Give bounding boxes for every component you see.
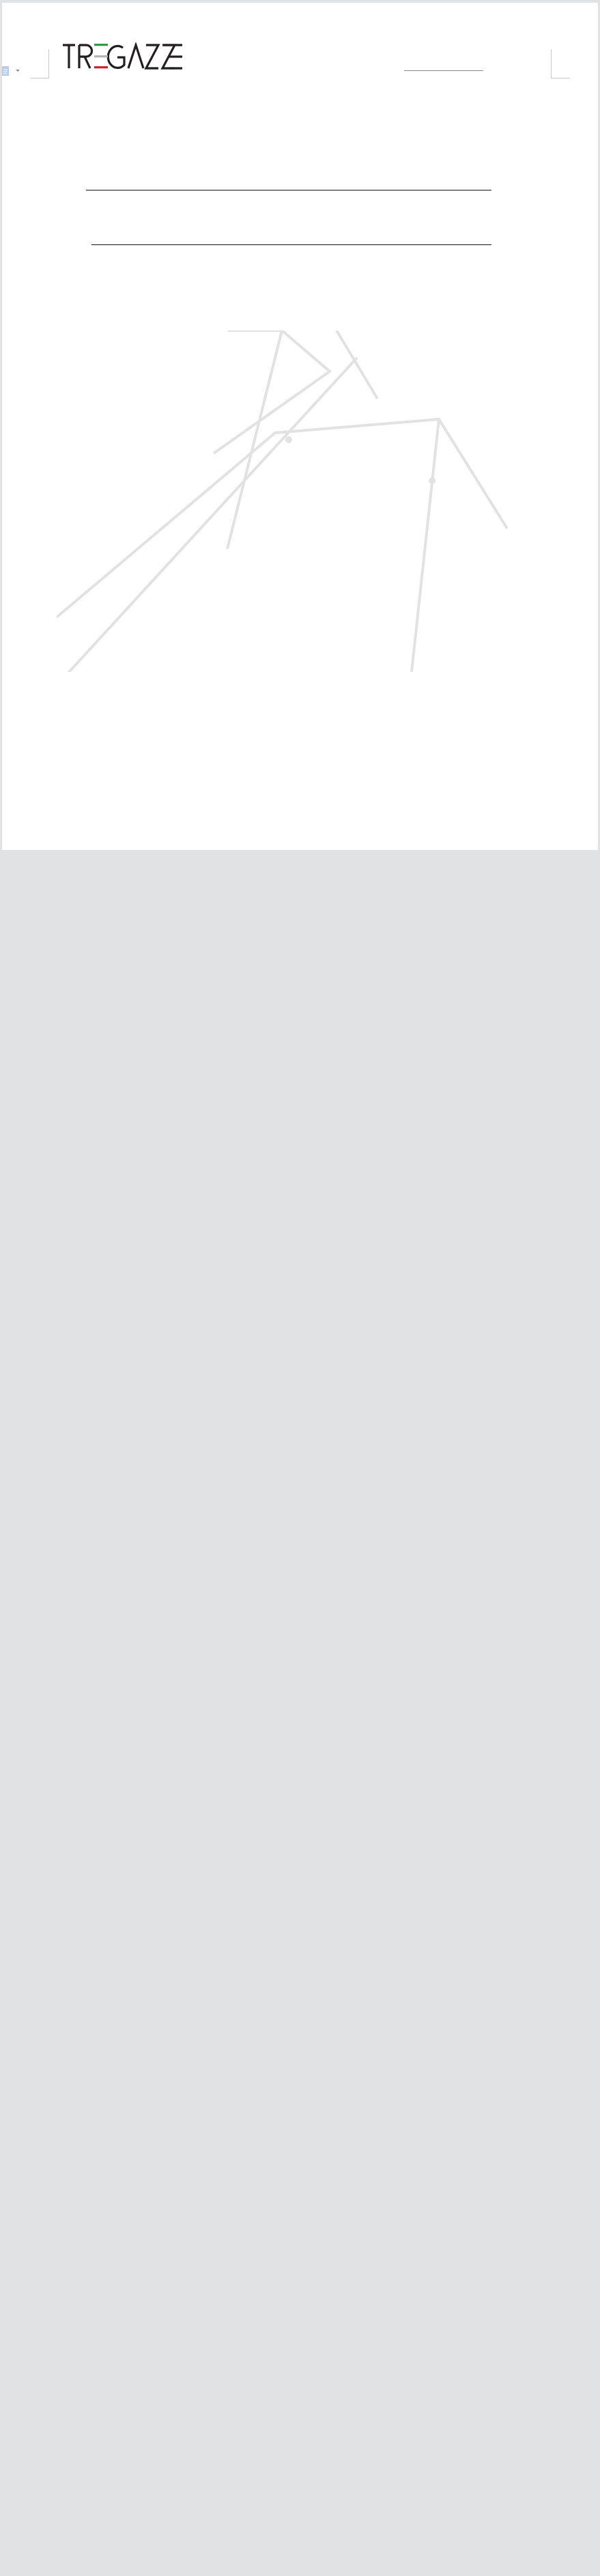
party-b-row	[79, 232, 491, 245]
brand-logo	[63, 42, 182, 70]
bird-watermark-icon	[57, 330, 534, 672]
party-b-field	[91, 232, 491, 245]
tre-gazze-logo-icon	[63, 42, 182, 70]
margin-corner-mark	[551, 49, 569, 79]
contract-number-header	[403, 62, 483, 71]
document-page-1	[2, 3, 598, 850]
contract-number-field	[404, 62, 483, 71]
party-a-row	[79, 178, 491, 190]
party-a-field	[86, 178, 491, 190]
document-outline-icon[interactable]	[2, 66, 10, 75]
outline-dropdown-caret-icon[interactable]	[16, 70, 20, 72]
margin-corner-mark	[31, 49, 49, 79]
